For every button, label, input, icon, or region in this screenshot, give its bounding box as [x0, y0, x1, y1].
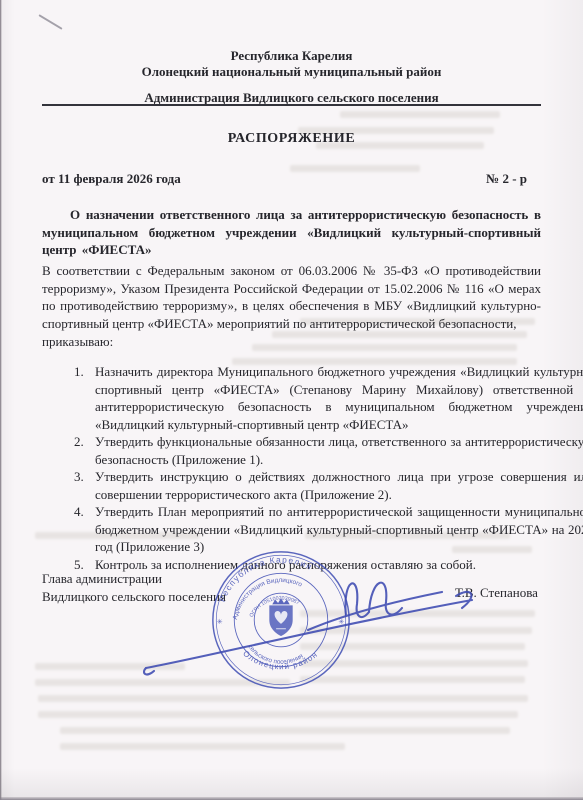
- pen-scratch-mark: [38, 14, 62, 30]
- bleed-through-line: [340, 111, 500, 118]
- document-meta-row: от 11 февраля 2026 года № 2 - р: [42, 171, 541, 187]
- bleed-through-line: [60, 727, 510, 734]
- document-type-title: РАСПОРЯЖЕНИЕ: [42, 131, 541, 147]
- scan-left-edge: [0, 0, 2, 800]
- bleed-through-line: [38, 711, 518, 718]
- document-preamble: В соответствии с Федеральным законом от …: [42, 262, 541, 332]
- order-word: приказываю:: [42, 333, 541, 351]
- header-rule: [42, 104, 541, 106]
- bleed-through-line: [60, 743, 345, 750]
- document-date: от 11 февраля 2026 года: [42, 171, 181, 187]
- document-header: Республика Карелия Олонецкий национальны…: [42, 48, 541, 80]
- order-item-2: Утвердить функциональные обязанности лиц…: [95, 433, 583, 468]
- document-subject: О назначении ответственного лица за анти…: [42, 206, 541, 259]
- order-item-3: Утвердить инструкцию о действиях должнос…: [95, 468, 583, 503]
- handwritten-signature: [140, 560, 485, 685]
- order-item-1: Назначить директора Муниципального бюдже…: [95, 363, 583, 433]
- order-items-list: Назначить директора Муниципального бюдже…: [42, 363, 583, 573]
- document-number: № 2 - р: [486, 171, 527, 187]
- bleed-through-line: [38, 695, 528, 702]
- header-region-line2: Олонецкий национальный муниципальный рай…: [42, 64, 541, 80]
- header-region-line1: Республика Карелия: [42, 48, 541, 64]
